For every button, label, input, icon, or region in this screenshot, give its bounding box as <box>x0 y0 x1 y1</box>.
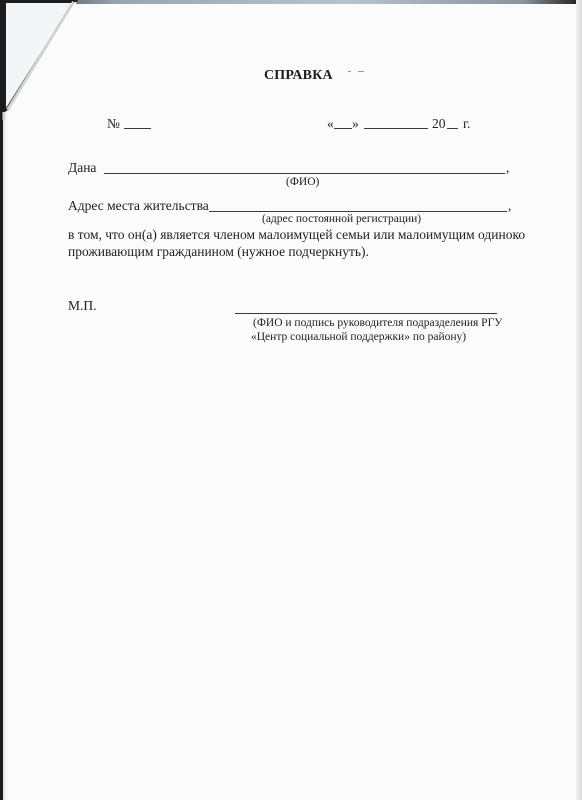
year-field[interactable] <box>447 128 458 129</box>
address-caption: (адрес постоянной регистрации) <box>262 212 421 226</box>
signature-field[interactable] <box>235 313 497 314</box>
year-suffix: г. <box>463 116 470 132</box>
month-field[interactable] <box>364 128 428 129</box>
address-label: Адрес места жительства <box>68 198 209 214</box>
full-name-caption: (ФИО) <box>286 175 319 189</box>
number-label: № <box>107 116 120 132</box>
number-field[interactable] <box>124 128 151 129</box>
issued-to-label: Дана <box>68 160 96 176</box>
address-comma: , <box>508 198 511 214</box>
issued-to-comma: , <box>506 160 509 176</box>
certificate-document: СПРАВКА № « » 20 г. Дана , (ФИО) Адрес м… <box>0 0 582 800</box>
year-prefix: 20 <box>432 116 446 132</box>
scan-speck <box>358 71 364 72</box>
body-line-2: проживающим гражданином (нужное подчеркн… <box>68 244 369 260</box>
date-close-quote: » <box>352 116 359 132</box>
scanned-page: СПРАВКА № « » 20 г. Дана , (ФИО) Адрес м… <box>0 0 582 800</box>
day-field[interactable] <box>334 128 352 129</box>
document-title: СПРАВКА <box>264 68 333 84</box>
signature-caption-line-1: (ФИО и подпись руководителя подразделени… <box>253 316 502 330</box>
date-open-quote: « <box>327 116 334 132</box>
body-line-1: в том, что он(а) является членом малоиму… <box>68 227 525 243</box>
signature-caption-line-2: «Центр социальной поддержки» по району) <box>251 330 466 344</box>
full-name-field[interactable] <box>104 173 505 174</box>
scan-speck <box>348 71 351 72</box>
stamp-label: М.П. <box>68 298 97 314</box>
